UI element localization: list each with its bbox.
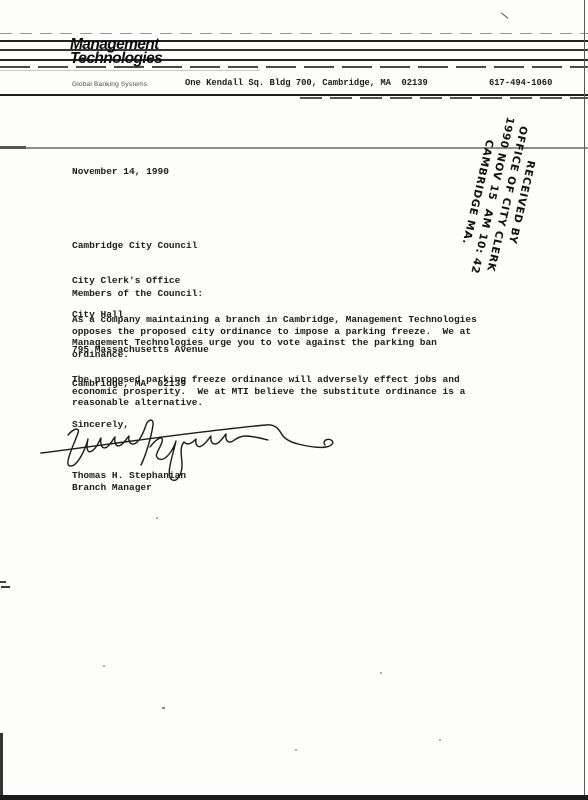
- body-paragraph-2: The proposed parking freeze ordinance wi…: [72, 374, 465, 409]
- received-stamp: RECEIVED BY OFFICE OF CITY CLERK 1990 NO…: [446, 106, 552, 287]
- scan-mark: [0, 581, 6, 583]
- body-paragraph-1: As a company maintaining a branch in Cam…: [72, 314, 477, 360]
- letterhead-rule: [0, 94, 588, 96]
- scan-edge-right: [584, 0, 585, 797]
- letterhead-address: One Kendall Sq. Bldg 700, Cambridge, MA …: [185, 78, 428, 90]
- scan-speck: [439, 739, 441, 741]
- logo-line-2: Technologies: [70, 52, 162, 66]
- recipient-line: City Clerk's Office: [72, 275, 209, 287]
- letterhead-phone: 617-494-1060: [489, 78, 552, 90]
- typed-signer-title: Branch Manager: [72, 482, 152, 494]
- scan-edge-bottom: [0, 795, 588, 800]
- letter-date: November 14, 1990: [72, 166, 169, 178]
- recipient-line: Cambridge City Council: [72, 240, 209, 252]
- division-name: Global Banking Systems: [72, 81, 147, 88]
- salutation: Members of the Council:: [72, 288, 203, 300]
- scan-streak-line: [0, 33, 588, 34]
- scan-speck: [156, 517, 158, 519]
- scan-speck: [380, 672, 382, 674]
- scan-streak-line: [0, 70, 260, 71]
- company-logo: Management Technologies: [70, 38, 162, 66]
- scan-gray-line-tip: [0, 146, 26, 149]
- scan-speck: [103, 665, 105, 667]
- scan-speck: [295, 749, 297, 751]
- scan-mark: [1, 586, 10, 588]
- letterhead-rule-dashed: [300, 97, 588, 99]
- typed-signer-name: Thomas H. Stephanian: [72, 470, 186, 482]
- scan-speck: [162, 707, 165, 709]
- scan-edge-left: [0, 733, 3, 797]
- scan-mark: [501, 12, 509, 19]
- scanned-letter-page: Management Technologies Global Banking S…: [0, 0, 588, 800]
